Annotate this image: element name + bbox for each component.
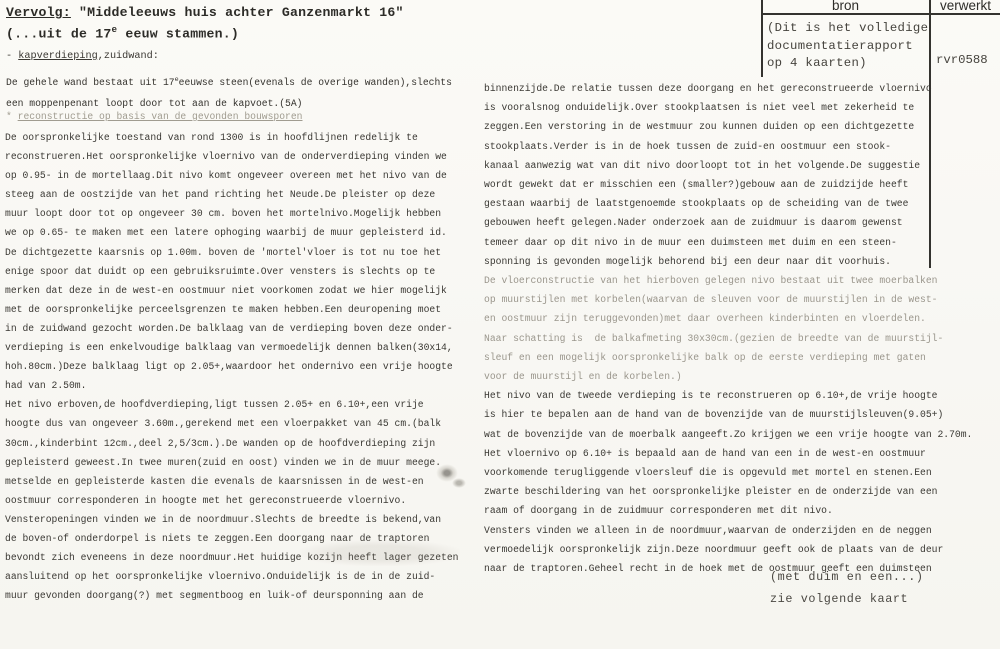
scanned-document-page: Vervolg: "Middeleeuws huis achter Ganzen… (0, 0, 1000, 649)
text-line: sleuf en een mogelijk oorspronkelijke ba… (484, 348, 972, 367)
text-line: (Dit is het volledige (767, 20, 928, 38)
title-text: "Middeleeuws huis achter Ganzenmarkt 16" (71, 5, 404, 20)
text-line: zeggen.Een verstoring in de westmuur zou… (484, 117, 972, 136)
text-line: gebouwen heeft gelegen.Nader onderzoek a… (484, 213, 972, 232)
text-line: De vloerconstructie van het hierboven ge… (484, 271, 972, 290)
subtitle-post: eeuw stammen.) (117, 26, 239, 41)
footer-note-line-1: (met duim en een...) (770, 567, 924, 589)
text-line: op muurstijlen met korbelen(waarvan de s… (484, 290, 972, 309)
text-line: is hier te bepalen aan de hand van de bo… (484, 405, 972, 424)
footer-note-line-2: zie volgende kaart (770, 589, 924, 611)
text-line: met de oorspronkelijke perceelsgrenzen t… (5, 300, 458, 319)
section-heading: - kapverdieping,zuidwand: (6, 51, 159, 62)
text-line: kanaal aanwezig wat van dit nivo doorloo… (484, 156, 972, 175)
text-line: voorkomende terugliggende vloersleuf die… (484, 463, 972, 482)
text-line: verdieping is een enkelvoudige balklaag … (5, 338, 458, 357)
text-line: zwarte beschildering van het oorspronkel… (484, 482, 972, 501)
text-line: muur loopt door tot op ongeveer 30 cm. b… (5, 204, 458, 223)
text-line: voor de muurstijl en de korbelen.) (484, 367, 972, 386)
title-prefix: Vervolg: (6, 5, 71, 20)
text-line: sponning is gevonden mogelijk behorend b… (484, 252, 972, 271)
text-line: is vooralsnog onduidelijk.Over stookplaa… (484, 98, 972, 117)
column-header-bron: bron (762, 0, 929, 13)
title-line-1: Vervolg: "Middeleeuws huis achter Ganzen… (6, 5, 404, 22)
text-line: binnenzijde.De relatie tussen deze doorg… (484, 79, 972, 98)
text-line: temeer daar op dit nivo in de muur een d… (484, 233, 972, 252)
text-line: merken dat deze in de west-en oostmuur n… (5, 281, 458, 300)
section-dash: - (6, 51, 18, 62)
text-line: in de zuidwand gezocht worden.De balklaa… (5, 319, 458, 338)
text-line: documentatierapport (767, 38, 928, 56)
text-line: vermoedelijk oorspronkelijk zijn.Deze no… (484, 540, 972, 559)
text-line: op 4 kaarten) (767, 55, 928, 73)
text-line: we op 0.65- te maken met een latere opho… (5, 223, 458, 242)
left-column-body: De oorspronkelijke toestand van rond 130… (5, 128, 458, 605)
title-line-2: (...uit de 17e eeuw stammen.) (6, 22, 404, 43)
column-header-verwerkt: verwerkt (931, 0, 1000, 13)
text-line: gestaan waarbij de laatstgenoemde stookp… (484, 194, 972, 213)
heading-star: * (6, 111, 18, 122)
heading-text: reconstructie op basis van de gevonden b… (18, 111, 303, 122)
table-column-separator (929, 0, 931, 268)
text-line: hoogte dus van ongeveer 3.60m.,gerekend … (5, 414, 458, 433)
text-line: wordt gewekt dat er misschien een (small… (484, 175, 972, 194)
text-line: Vensters vinden we alleen in de noordmuu… (484, 521, 972, 540)
intro-line1-pre: De gehele wand bestaat uit 17 (6, 77, 175, 88)
text-line: wat de bovenzijde van de moerbalk aangee… (484, 425, 972, 444)
text-line: muur gevonden doorgang(?) met segmentboo… (5, 586, 458, 605)
text-line: Vensteropeningen vinden we in de noordmu… (5, 510, 458, 529)
table-header-underline (761, 13, 1000, 15)
bron-note: (Dit is het volledigedocumentatierapport… (767, 20, 928, 73)
section-rest: ,zuidwand: (98, 51, 159, 62)
text-line: stookplaats.Verder is in de hoek tussen … (484, 137, 972, 156)
text-line: De dichtgezette kaarsnis op 1.00m. boven… (5, 243, 458, 262)
page-title: Vervolg: "Middeleeuws huis achter Ganzen… (6, 5, 404, 42)
reconstruction-heading: * reconstructie op basis van de gevonden… (6, 111, 303, 122)
section-underlined: kapverdieping (18, 51, 97, 62)
text-line: De oorspronkelijke toestand van rond 130… (5, 128, 458, 147)
text-line: Naar schatting is de balkafmeting 30x30c… (484, 329, 972, 348)
text-line: en oostmuur zijn teruggevonden)met daar … (484, 309, 972, 328)
text-line: de boven-of onderdorpel is niets te zegg… (5, 529, 458, 548)
text-line: oostmuur corresponderen in hoogte met he… (5, 491, 458, 510)
text-line: metselde en gepleisterde kasten die even… (5, 472, 458, 491)
text-line: had van 2.50m. (5, 376, 458, 395)
text-line: op 0.95- in de mortellaag.Dit nivo komt … (5, 166, 458, 185)
right-column-body: binnenzijde.De relatie tussen deze doorg… (484, 79, 972, 578)
verwerkt-value: rvr0588 (936, 53, 988, 67)
text-line: gepleisterd geweest.In twee muren(zuid e… (5, 453, 458, 472)
intro-paragraph: De gehele wand bestaat uit 17eeeuwse ste… (6, 70, 452, 114)
text-line: Het nivo erboven,de hoofdverdieping,ligt… (5, 395, 458, 414)
text-line: Het vloernivo op 6.10+ is bepaald aan de… (484, 444, 972, 463)
text-line: Het nivo van de tweede verdieping is te … (484, 386, 972, 405)
text-line: aansluitend op het oorspronkelijke vloer… (5, 567, 458, 586)
text-line: raam of doorgang in de zuidmuur correspo… (484, 501, 972, 520)
text-line: bevondt zich eveneens in deze noordmuur.… (5, 548, 458, 567)
text-line: steeg aan de oostzijde van het pand rich… (5, 185, 458, 204)
intro-line1-post: eeuwse steen(evenals de overige wanden),… (179, 77, 452, 88)
footer-note: (met duim en een...) zie volgende kaart (770, 567, 924, 610)
intro-line-1: De gehele wand bestaat uit 17eeeuwse ste… (6, 70, 452, 94)
text-line: reconstrueren.Het oorspronkelijke vloern… (5, 147, 458, 166)
subtitle-pre: (...uit de 17 (6, 26, 111, 41)
text-line: enige spoor dat duidt op een gebruiksrui… (5, 262, 458, 281)
text-line: hoh.80cm.)Deze balklaag ligt op 2.05+,wa… (5, 357, 458, 376)
text-line: 30cm.,kinderbint 12cm.,deel 2,5/3cm.).De… (5, 434, 458, 453)
